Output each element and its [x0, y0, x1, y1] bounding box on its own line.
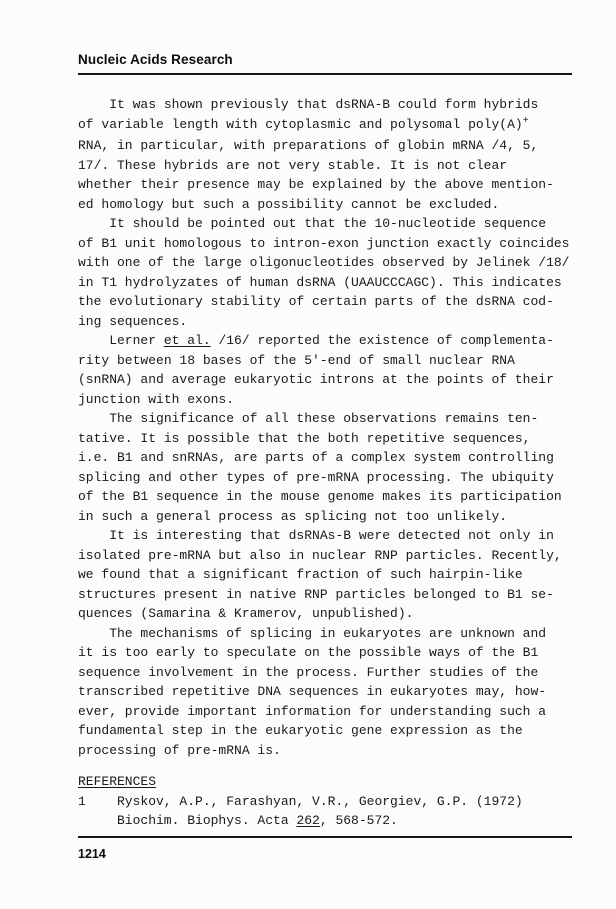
text-line: ever, provide important information for … [78, 702, 572, 722]
text-segment: isolated pre-mRNA but also in nuclear RN… [78, 548, 562, 563]
text-segment: in such a general process as splicing no… [78, 509, 507, 524]
text-line: junction with exons. [78, 390, 572, 410]
text-segment: splicing and other types of pre-mRNA pro… [78, 470, 554, 485]
text-line: quences (Samarina & Kramerov, unpublishe… [78, 604, 572, 624]
text-segment: Lerner [78, 333, 164, 348]
text-segment: ever, provide important information for … [78, 704, 546, 719]
text-line: (snRNA) and average eukaryotic introns a… [78, 370, 572, 390]
text-line: isolated pre-mRNA but also in nuclear RN… [78, 546, 572, 566]
text-segment: of B1 unit homologous to intron-exon jun… [78, 236, 569, 251]
paragraph: It should be pointed out that the 10-nuc… [78, 214, 572, 331]
text-line: It should be pointed out that the 10-nuc… [78, 214, 572, 234]
text-segment: Ryskov, A.P., Farashyan, V.R., Georgiev,… [117, 794, 523, 809]
text-line: Biochim. Biophys. Acta 262, 568-572. [117, 811, 572, 831]
text-line: the evolutionary stability of certain pa… [78, 292, 572, 312]
text-line: in such a general process as splicing no… [78, 507, 572, 527]
text-segment: rity between 18 bases of the 5'-end of s… [78, 353, 515, 368]
text-segment: i.e. B1 and snRNAs, are parts of a compl… [78, 450, 554, 465]
text-line: Ryskov, A.P., Farashyan, V.R., Georgiev,… [117, 792, 572, 812]
reference-item: 1Ryskov, A.P., Farashyan, V.R., Georgiev… [78, 792, 572, 831]
text-line: of variable length with cytoplasmic and … [78, 115, 572, 137]
paragraph: It was shown previously that dsRNA-B cou… [78, 95, 572, 214]
text-line: transcribed repetitive DNA sequences in … [78, 682, 572, 702]
text-line: processing of pre-mRNA is. [78, 741, 572, 761]
text-segment: structures present in native RNP particl… [78, 587, 554, 602]
page-content: Nucleic Acids Research It was shown prev… [78, 52, 572, 861]
text-segment: /16/ reported the existence of complemen… [211, 333, 554, 348]
journal-title: Nucleic Acids Research [78, 52, 572, 68]
text-segment: 17/. These hybrids are not very stable. … [78, 158, 507, 173]
text-segment: transcribed repetitive DNA sequences in … [78, 684, 546, 699]
text-line: It is interesting that dsRNAs-B were det… [78, 526, 572, 546]
text-segment: The mechanisms of splicing in eukaryotes… [78, 626, 546, 641]
references-list: 1Ryskov, A.P., Farashyan, V.R., Georgiev… [78, 792, 572, 831]
text-segment: the evolutionary stability of certain pa… [78, 294, 554, 309]
text-line: 17/. These hybrids are not very stable. … [78, 156, 572, 176]
text-segment: quences (Samarina & Kramerov, unpublishe… [78, 606, 413, 621]
references-section: REFERENCES 1Ryskov, A.P., Farashyan, V.R… [78, 772, 572, 831]
text-line: in T1 hydrolyzates of human dsRNA (UAAUC… [78, 273, 572, 293]
text-line: of the B1 sequence in the mouse genome m… [78, 487, 572, 507]
superscript-text: + [523, 116, 529, 127]
text-line: The mechanisms of splicing in eukaryotes… [78, 624, 572, 644]
text-line: i.e. B1 and snRNAs, are parts of a compl… [78, 448, 572, 468]
text-segment: RNA, in particular, with preparations of… [78, 138, 538, 153]
text-segment: The significance of all these observatio… [78, 411, 538, 426]
text-line: rity between 18 bases of the 5'-end of s… [78, 351, 572, 371]
paragraph: It is interesting that dsRNAs-B were det… [78, 526, 572, 624]
scanned-paper-page: { "page": { "journal_title": "Nucleic Ac… [0, 0, 616, 909]
text-line: with one of the large oligonucleotides o… [78, 253, 572, 273]
text-line: Lerner et al. /16/ reported the existenc… [78, 331, 572, 351]
text-line: sequence involvement in the process. Fur… [78, 663, 572, 683]
text-segment: , 568-572. [320, 813, 398, 828]
text-segment: junction with exons. [78, 392, 234, 407]
text-line: fundamental step in the eukaryotic gene … [78, 721, 572, 741]
text-segment: it is too early to speculate on the poss… [78, 645, 538, 660]
text-line: it is too early to speculate on the poss… [78, 643, 572, 663]
reference-number: 1 [78, 792, 86, 812]
header-rule [78, 73, 572, 75]
paragraph: The mechanisms of splicing in eukaryotes… [78, 624, 572, 761]
text-segment: It was shown previously that dsRNA-B cou… [78, 97, 538, 112]
page-number: 1214 [78, 847, 572, 861]
body-paragraphs: It was shown previously that dsRNA-B cou… [78, 95, 572, 760]
text-line: we found that a significant fraction of … [78, 565, 572, 585]
text-segment: fundamental step in the eukaryotic gene … [78, 723, 523, 738]
text-segment: processing of pre-mRNA is. [78, 743, 281, 758]
text-segment: in T1 hydrolyzates of human dsRNA (UAAUC… [78, 275, 562, 290]
text-segment: ed homology but such a possibility canno… [78, 197, 499, 212]
text-segment: whether their presence may be explained … [78, 177, 554, 192]
paragraph: Lerner et al. /16/ reported the existenc… [78, 331, 572, 409]
text-segment: ing sequences. [78, 314, 187, 329]
underlined-text: et al. [164, 333, 211, 348]
text-segment: of the B1 sequence in the mouse genome m… [78, 489, 562, 504]
text-line: tative. It is possible that the both rep… [78, 429, 572, 449]
text-segment: Biochim. Biophys. Acta [117, 813, 296, 828]
text-segment: of variable length with cytoplasmic and … [78, 117, 523, 132]
underlined-text: 262 [296, 813, 319, 828]
text-segment: tative. It is possible that the both rep… [78, 431, 530, 446]
text-segment: sequence involvement in the process. Fur… [78, 665, 538, 680]
text-segment: we found that a significant fraction of … [78, 567, 523, 582]
text-segment: (snRNA) and average eukaryotic introns a… [78, 372, 554, 387]
text-line: ing sequences. [78, 312, 572, 332]
text-segment: with one of the large oligonucleotides o… [78, 255, 569, 270]
text-line: structures present in native RNP particl… [78, 585, 572, 605]
text-line: It was shown previously that dsRNA-B cou… [78, 95, 572, 115]
text-line: ed homology but such a possibility canno… [78, 195, 572, 215]
references-heading: REFERENCES [78, 772, 156, 792]
text-line: splicing and other types of pre-mRNA pro… [78, 468, 572, 488]
text-segment: It is interesting that dsRNAs-B were det… [78, 528, 554, 543]
text-line: of B1 unit homologous to intron-exon jun… [78, 234, 572, 254]
footer-rule [78, 836, 572, 838]
text-line: The significance of all these observatio… [78, 409, 572, 429]
text-line: whether their presence may be explained … [78, 175, 572, 195]
text-line: RNA, in particular, with preparations of… [78, 136, 572, 156]
paragraph: The significance of all these observatio… [78, 409, 572, 526]
text-segment: It should be pointed out that the 10-nuc… [78, 216, 546, 231]
